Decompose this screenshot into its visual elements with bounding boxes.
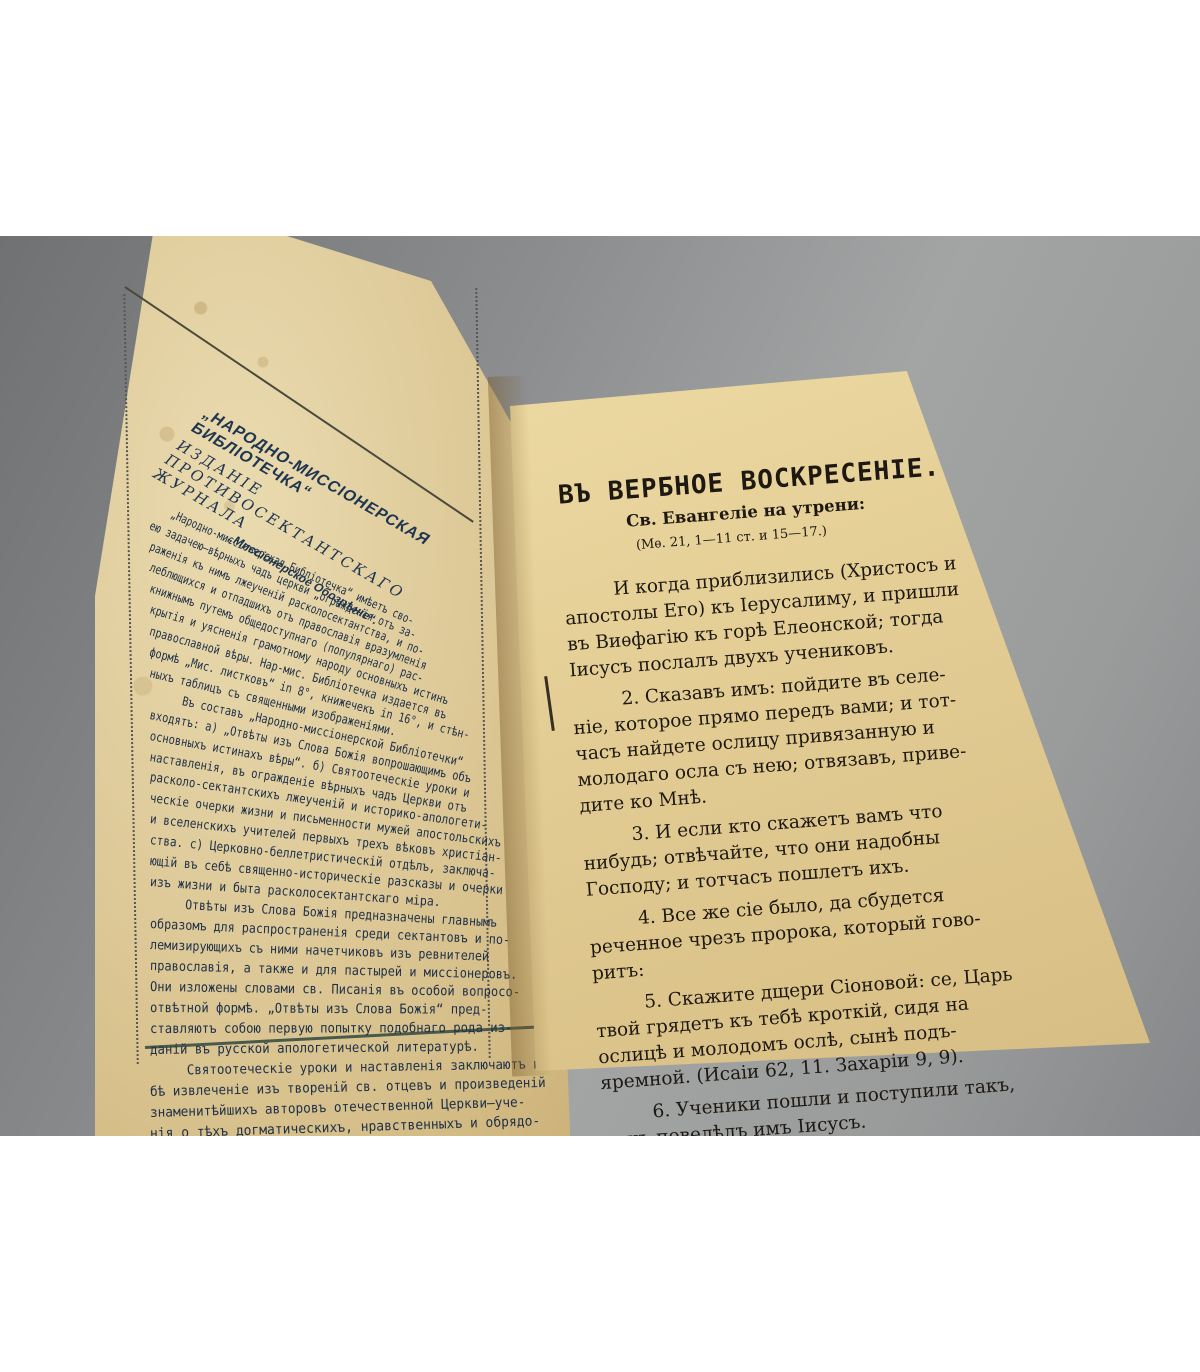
gospel-text: И когда приблизились (Христосъ иапостолы…: [562, 546, 1064, 1136]
booklet-photo: „Народно-миссіонерская библіотечка“ Изда…: [0, 236, 1200, 1136]
left-page-body: „Народно-миссіонерская Библіотечка“ имѣе…: [150, 494, 540, 1136]
right-page-text: Въ Вербное Воскресеніе. Св. Евангеліе на…: [555, 447, 1064, 1136]
